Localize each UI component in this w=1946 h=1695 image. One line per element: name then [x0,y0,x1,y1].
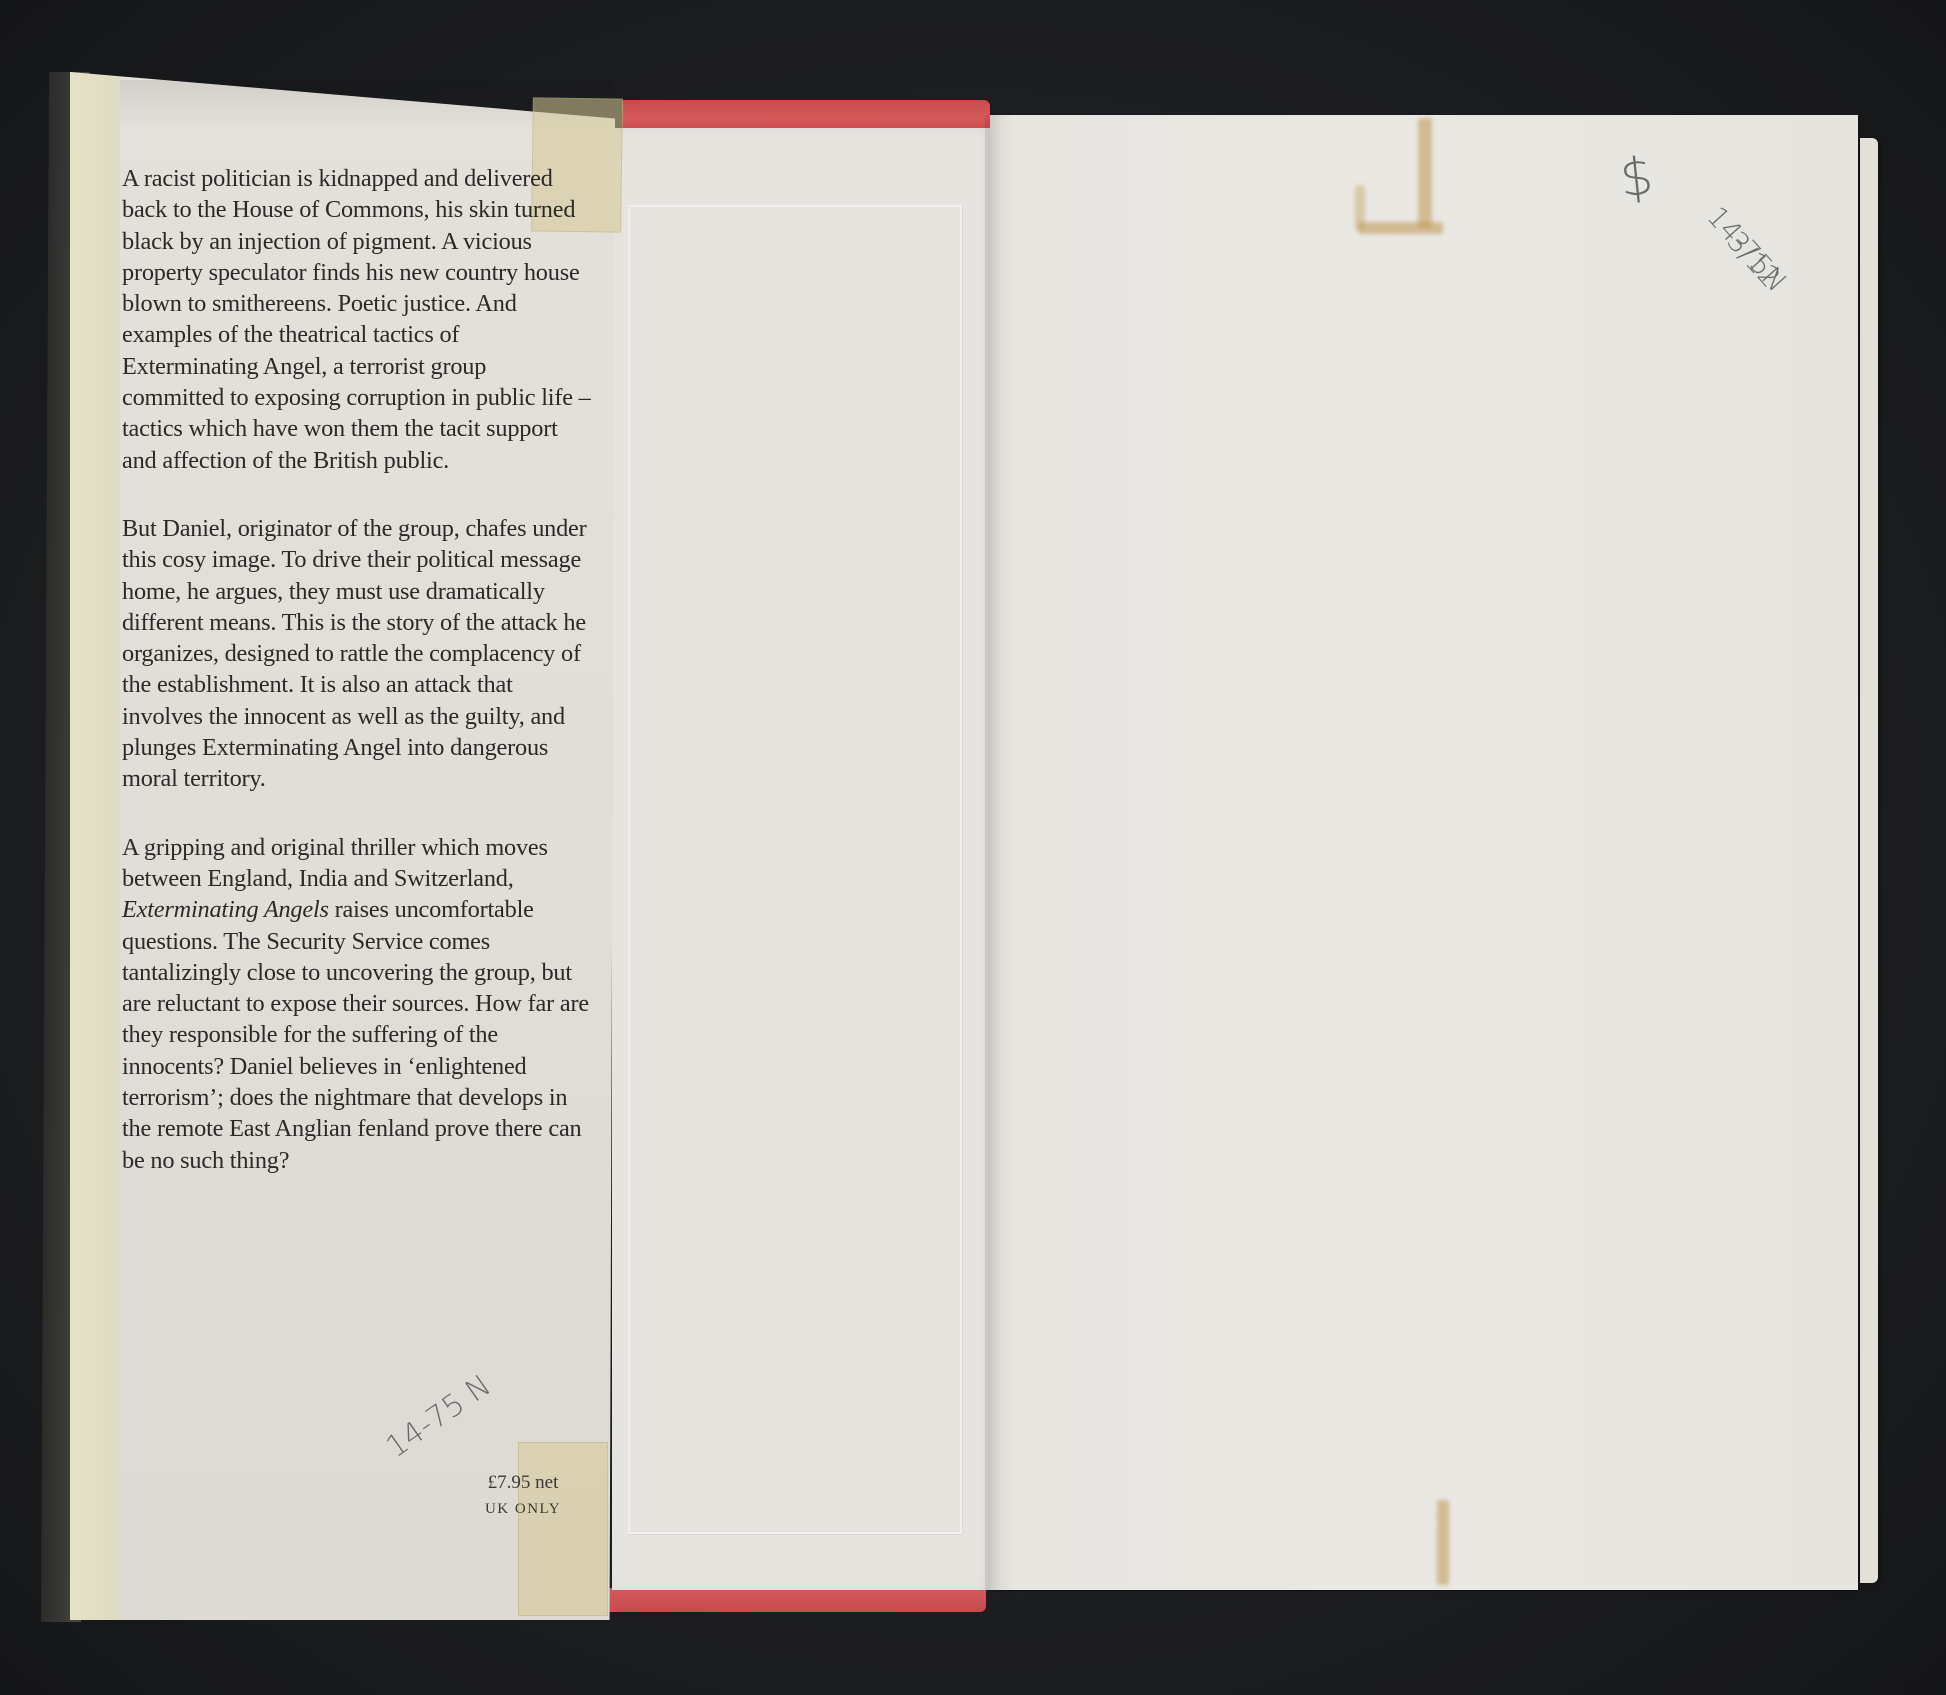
tape-stain-bottom [1358,222,1443,234]
gutter-shadow [985,115,1003,1590]
pencil-dollar-mark: $ [1617,146,1656,209]
tape-stain-vertical [1418,118,1432,228]
region-label: UK ONLY [458,1496,588,1522]
blurb-p3-before: A gripping and original thriller which m… [122,834,548,892]
price-label: £7.95 net [458,1470,588,1496]
book-title-italic: Exterminating Angels [122,896,329,923]
back-page-edge [1860,138,1878,1583]
flap-fold-strip [70,72,120,1620]
price-block: £7.95 net UK ONLY [458,1470,588,1522]
blurb-p3-after: raises uncomfortable questions. The Secu… [122,896,589,1173]
tape-stain-lower [1437,1500,1449,1585]
jacket-blurb: A racist politician is kidnapped and del… [122,163,592,1213]
blurb-paragraph-1: A racist politician is kidnapped and del… [122,163,592,476]
tape-strip-bottom [518,1442,608,1616]
blurb-paragraph-2: But Daniel, originator of the group, cha… [122,513,592,795]
blurb-paragraph-3: A gripping and original thriller which m… [122,832,592,1176]
red-board-top-edge [622,100,990,130]
embossed-panel [628,205,962,1534]
right-free-endpaper [990,115,1858,1590]
red-board-bottom-edge [608,1588,986,1612]
